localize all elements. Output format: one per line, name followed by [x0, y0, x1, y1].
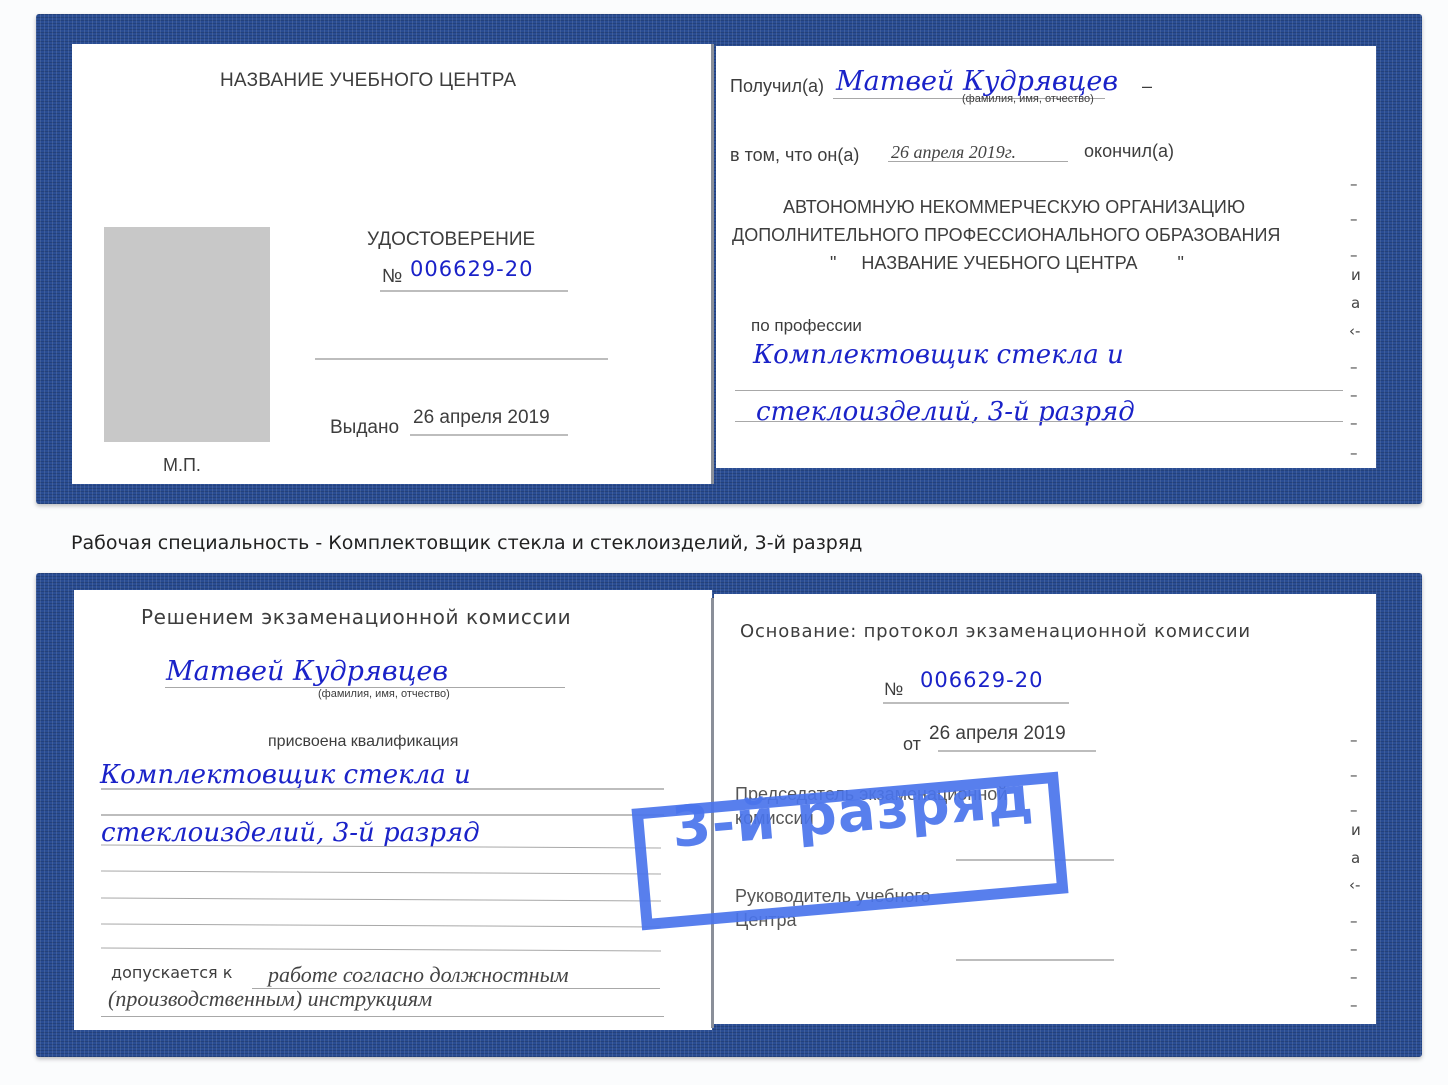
- basis-title: Основание: протокол экзаменационной коми…: [740, 621, 1251, 642]
- edge-mark: а: [1351, 849, 1360, 867]
- photo-placeholder: [104, 227, 270, 442]
- document-title: УДОСТОВЕРЕНИЕ: [367, 229, 535, 251]
- edge-mark: и: [1351, 266, 1361, 284]
- edge-mark: и: [1351, 821, 1361, 839]
- admitted-line-1: работе согласно должностным: [268, 962, 569, 988]
- spine-top: [711, 44, 714, 484]
- received-label: Получил(а): [730, 76, 824, 97]
- completed-date: 26 апреля 2019г.: [891, 142, 1016, 163]
- edge-mark: –: [1350, 358, 1358, 376]
- profession-line-2: стеклоизделий, 3-й разряд: [756, 397, 1135, 427]
- fio-hint: (фамилия, имя, отчество): [962, 93, 1094, 105]
- admitted-line-2: (производственным) инструкциям: [108, 986, 432, 1012]
- completed-prefix: в том, что он(а): [730, 145, 859, 166]
- qualification-underline-2: [101, 814, 664, 816]
- edge-mark: –: [1350, 731, 1358, 749]
- protocol-number-label: №: [884, 679, 903, 700]
- profession-label: по профессии: [751, 316, 862, 336]
- number-label: №: [382, 266, 402, 288]
- edge-mark: –: [1350, 386, 1358, 404]
- edge-mark: –: [1350, 175, 1358, 193]
- completed-suffix: окончил(а): [1084, 141, 1174, 162]
- org-line-1: АВТОНОМНУЮ НЕКОММЕРЧЕСКУЮ ОРГАНИЗАЦИЮ: [783, 197, 1245, 218]
- signature-line: [315, 358, 608, 360]
- edge-mark: –: [1350, 444, 1358, 462]
- protocol-number-underline: [883, 702, 1069, 704]
- issued-date: 26 апреля 2019: [413, 407, 550, 429]
- edge-mark: –: [1350, 940, 1358, 958]
- holder-name: Матвей Кудрявцев: [166, 656, 448, 687]
- edge-mark: –: [1350, 414, 1358, 432]
- head-signature-line: [956, 959, 1114, 961]
- profession-line-1: Комплектовщик стекла и: [753, 340, 1124, 370]
- decision-title: Решением экзаменационной комиссии: [141, 605, 571, 629]
- admitted-underline-2: [101, 1016, 664, 1017]
- edge-mark: –: [1350, 996, 1358, 1014]
- org-line-2: ДОПОЛНИТЕЛЬНОГО ПРОФЕССИОНАЛЬНОГО ОБРАЗО…: [732, 225, 1280, 246]
- qualification-underline-1: [101, 788, 664, 790]
- edge-mark: –: [1350, 801, 1358, 819]
- edge-mark: –: [1350, 766, 1358, 784]
- specialty-caption: Рабочая специальность - Комплектовщик ст…: [71, 532, 862, 554]
- qualification-line-1: Комплектовщик стекла и: [100, 760, 471, 790]
- protocol-number: 006629-20: [920, 668, 1043, 692]
- edge-mark: –: [1350, 968, 1358, 986]
- edge-mark: –: [1350, 246, 1358, 264]
- recipient-dash: –: [1142, 76, 1152, 97]
- protocol-date: 26 апреля 2019: [929, 723, 1066, 745]
- issued-underline: [410, 434, 568, 436]
- edge-mark: –: [1350, 210, 1358, 228]
- profession-underline-2: [735, 421, 1343, 422]
- edge-mark: –: [1350, 912, 1358, 930]
- completed-date-underline: [888, 161, 1068, 162]
- org-line-3: " НАЗВАНИЕ УЧЕБНОГО ЦЕНТРА ": [830, 253, 1184, 274]
- protocol-date-label: от: [903, 734, 921, 755]
- edge-mark: а: [1351, 294, 1360, 312]
- number-underline: [380, 290, 568, 292]
- protocol-date-underline: [938, 750, 1096, 752]
- training-center-name: НАЗВАНИЕ УЧЕБНОГО ЦЕНТРА: [220, 70, 516, 92]
- seal-label: М.П.: [163, 455, 201, 476]
- issued-label: Выдано: [330, 417, 399, 439]
- qualification-label: присвоена квалификация: [268, 733, 458, 751]
- profession-underline-1: [735, 390, 1343, 391]
- fio-hint-bottom: (фамилия, имя, отчество): [318, 688, 450, 700]
- edge-mark: ‹-: [1349, 876, 1360, 894]
- certificate-number: 006629-20: [410, 257, 533, 281]
- admitted-label: допускается к: [111, 963, 232, 982]
- page-corner-step: [1366, 46, 1376, 454]
- edge-mark: ‹-: [1349, 322, 1360, 340]
- qualification-line-2: стеклоизделий, 3-й разряд: [101, 818, 480, 848]
